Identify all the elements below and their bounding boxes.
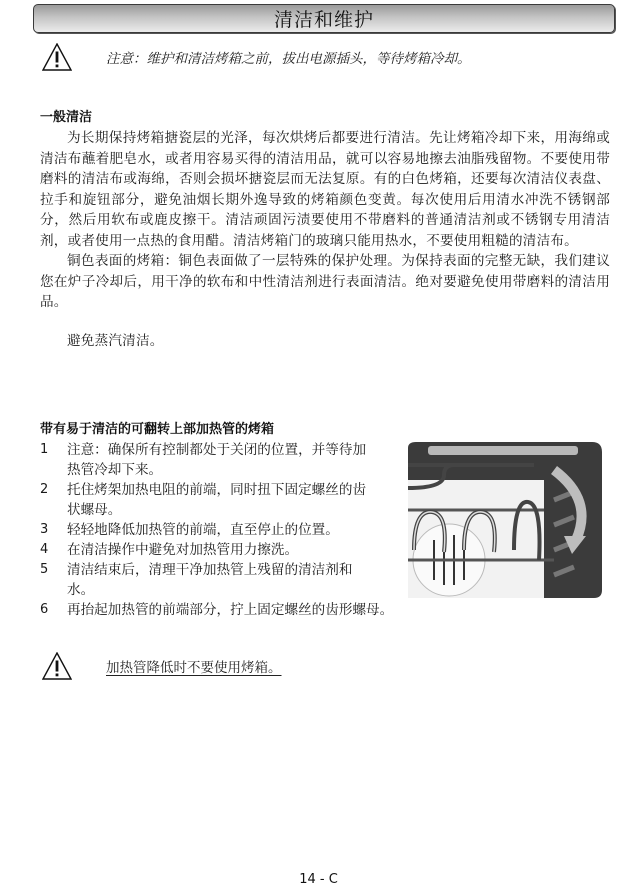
paragraph: 为长期保持烤箱搪瓷层的光泽，每次烘烤后都要进行清洁。先让烤箱冷却下来，用海绵或清… xyxy=(40,128,610,251)
warning-triangle-icon xyxy=(42,652,72,680)
step-number: 4 xyxy=(40,540,67,560)
page-number: 14 - C xyxy=(0,872,637,887)
warning-notice-bottom: 加热管降低时不要使用烤箱。 xyxy=(42,652,282,680)
warning-text: 注意：维护和清洁烤箱之前，拔出电源插头，等待烤箱冷却。 xyxy=(106,47,471,67)
step-number: 1 xyxy=(40,440,67,480)
page-title-bar: 清洁和维护 xyxy=(33,4,615,33)
section-heading: 带有易于清洁的可翻转上部加热管的烤箱 xyxy=(40,420,600,440)
page-title: 清洁和维护 xyxy=(274,5,374,32)
step-text: 在清洁操作中避免对加热管用力擦洗。 xyxy=(67,540,367,560)
step-text: 注意：确保所有控制都处于关闭的位置，并等待加热管冷却下来。 xyxy=(67,440,367,480)
oven-heating-element-illustration xyxy=(404,440,609,605)
step-text: 清洁结束后，清理干净加热管上残留的清洁剂和水。 xyxy=(67,560,367,600)
section-heading: 一般清洁 xyxy=(40,108,610,128)
warning-triangle-icon xyxy=(42,43,72,71)
paragraph: 避免蒸汽清洁。 xyxy=(40,331,610,352)
step-text: 托住烤架加热电阻的前端，同时扭下固定螺丝的齿状螺母。 xyxy=(67,480,367,520)
paragraph: 铜色表面的烤箱：铜色表面做了一层特殊的保护处理。为保持表面的完整无缺，我们建议您… xyxy=(40,251,610,313)
step-number: 5 xyxy=(40,560,67,600)
warning-text: 加热管降低时不要使用烤箱。 xyxy=(106,656,282,676)
step-number: 6 xyxy=(40,600,67,620)
step-text: 轻轻地降低加热管的前端，直至停止的位置。 xyxy=(67,520,367,540)
step-number: 2 xyxy=(40,480,67,520)
step-number: 3 xyxy=(40,520,67,540)
warning-notice-top: 注意：维护和清洁烤箱之前，拔出电源插头，等待烤箱冷却。 xyxy=(42,43,471,71)
general-cleaning-section: 一般清洁 为长期保持烤箱搪瓷层的光泽，每次烘烤后都要进行清洁。先让烤箱冷却下来，… xyxy=(40,108,610,351)
